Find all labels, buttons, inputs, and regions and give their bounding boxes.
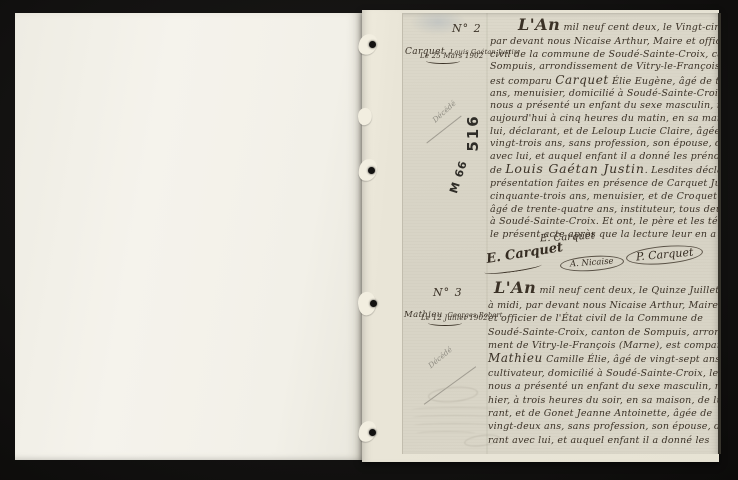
text-line: aujourd'hui à cinq heures du matin, en s… <box>490 113 721 126</box>
act1-comparu-post: Élie Eugène, âgé de trente <box>609 76 721 87</box>
text-line: cinquante-trois ans, menuisier, et de Cr… <box>490 191 721 204</box>
act2-text: L'An mil neuf cent deux, le Quinze Juill… <box>488 281 721 447</box>
text-line: cultivateur, domicilié à Soudé-Sainte-Cr… <box>488 367 721 380</box>
text-line: à Soudé-Sainte-Croix. Et ont, le père et… <box>490 216 721 229</box>
text-line: ment de Vitry-le-François (Marne), est c… <box>488 339 721 352</box>
archive-stamp-m66: M 66 <box>446 154 473 200</box>
binding-hole <box>369 429 376 436</box>
act1-opener: L'An <box>518 15 560 34</box>
text-line: rant avec lui, et auquel enfant il a don… <box>488 434 721 447</box>
act1-name-pre: de <box>490 165 505 176</box>
act1-name-post: . Lesdites déclaration et <box>645 165 721 176</box>
act2-opener: L'An <box>494 278 536 297</box>
signature-a-nicaise: A. Nicaise <box>560 254 625 273</box>
text-line: présentation faites en présence de Carqu… <box>490 178 721 191</box>
text-line: rant, et de Gonet Jeanne Antoinette, âgé… <box>488 407 721 420</box>
act2-father-surname: Mathieu <box>488 351 543 365</box>
text-line: nous a présenté un enfant du sexe mascul… <box>490 100 721 113</box>
text-line: le présent acte après que la lecture leu… <box>490 229 721 242</box>
text-line: L'An mil neuf cent deux, le Vingt-cinq M… <box>490 19 721 36</box>
act1-father-surname: Carquet <box>555 73 609 87</box>
text-line: L'An mil neuf cent deux, le Quinze Juill… <box>488 281 721 299</box>
act1-number: N° 2 <box>452 22 482 35</box>
text-line: vingt-trois ans, sans profession, son ép… <box>490 138 721 151</box>
signature-p-carquet: P. Carquet <box>625 243 704 268</box>
binding-hole <box>369 41 376 48</box>
text-line: lui, déclarant, et de Leloup Lucie Clair… <box>490 126 721 139</box>
archive-stamp-516: 516 <box>464 111 480 155</box>
act2-number: N° 3 <box>433 286 463 299</box>
margin-flourish <box>426 58 460 64</box>
text-line: ans, menuisier, domicilié à Soudé-Sainte… <box>490 88 721 101</box>
blank-left-page <box>15 13 362 460</box>
text-line: et officier de l'État civil de la Commun… <box>488 312 721 325</box>
text-line: nous a présenté un enfant du sexe mascul… <box>488 380 721 393</box>
act1-line1: mil neuf cent deux, le Vingt-cinq Mars, … <box>563 22 721 33</box>
margin-flourish <box>428 320 462 326</box>
ghost-impression <box>406 385 514 451</box>
act2-comparu-post: Camille Élie, âgé de vingt-sept ans, <box>543 354 721 365</box>
binding-hole <box>368 167 375 174</box>
text-line: de Louis Gaétan Justin. Lesdites déclara… <box>490 163 721 178</box>
text-line: Soudé-Sainte-Croix, canton de Sompuis, a… <box>488 326 721 339</box>
act1-text: L'An mil neuf cent deux, le Vingt-cinq M… <box>490 19 721 241</box>
act1-comparu-pre: est comparu <box>490 76 555 87</box>
text-line: vingt-deux ans, sans profession, son épo… <box>488 420 721 433</box>
act1-child-name: Louis Gaétan Justin <box>505 161 644 176</box>
register-photo: N° 2 Carquet Louis Gaétan Justin Le 25 M… <box>402 13 721 454</box>
text-line: Mathieu Camille Élie, âgé de vingt-sept … <box>488 352 721 367</box>
text-line: par devant nous Nicaise Arthur, Maire et… <box>490 36 721 49</box>
text-line: âgé de trente-quatre ans, instituteur, t… <box>490 204 721 217</box>
text-line: civil de la commune de Soudé-Sainte-Croi… <box>490 49 721 62</box>
act2-line1: mil neuf cent deux, le Quinze Juillet, <box>539 285 721 296</box>
scanned-register-background: N° 2 Carquet Louis Gaétan Justin Le 25 M… <box>0 0 738 480</box>
torn-paper-tab <box>357 107 374 126</box>
binding-hole <box>370 300 377 307</box>
text-line: est comparu Carquet Élie Eugène, âgé de … <box>490 74 721 88</box>
pencil-note-deceased: Décédé <box>426 345 453 370</box>
text-line: à midi, par devant nous Nicaise Arthur, … <box>488 299 721 312</box>
text-line: hier, à trois heures du soir, en sa mais… <box>488 394 721 407</box>
